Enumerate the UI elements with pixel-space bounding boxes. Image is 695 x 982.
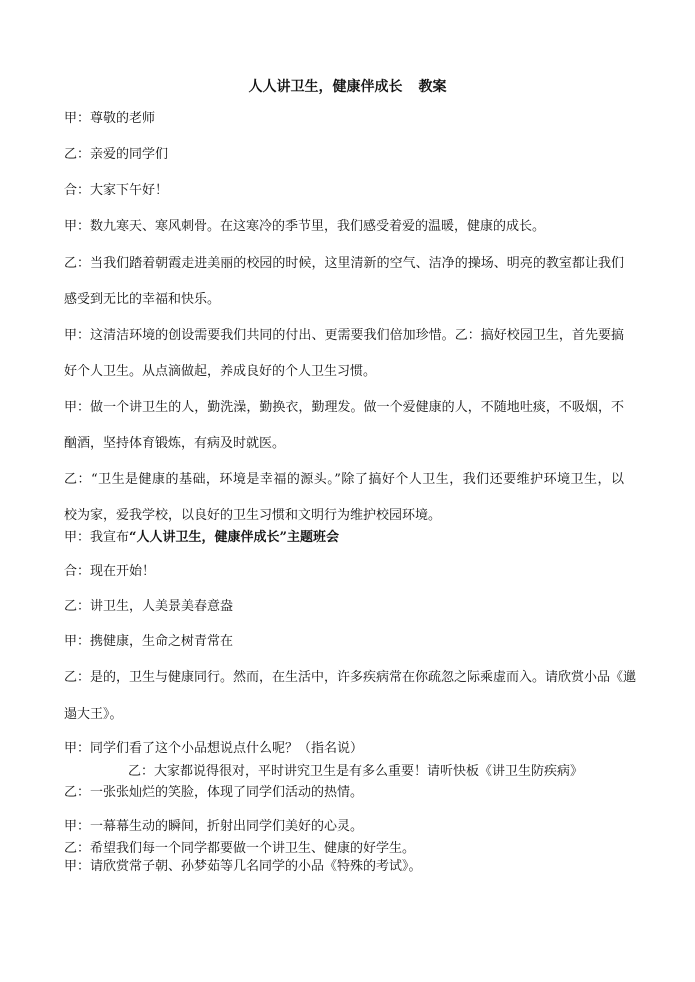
dialogue-line: 甲：一幕幕生动的瞬间，折射出同学们美好的心灵。 (64, 819, 363, 835)
dialogue-line: 甲：这清洁环境的创设需要我们共同的付出、更需要我们倍加珍惜。乙：搞好校园卫生，首… (64, 328, 624, 344)
dialogue-line: 乙：是的，卫生与健康同行。然而，在生活中，许多疾病常在你疏忽之际乘虚而入。请欣赏… (64, 670, 624, 686)
dialogue-line-indented: 乙：大家都说得很对，平时讲究卫生是有多么重要！请听快板《讲卫生防疾病》 (128, 764, 583, 780)
dialogue-line: 甲：携健康，生命之树青常在 (64, 634, 233, 650)
dialogue-line: 甲：数九寒天、寒风刺骨。在这寒冷的季节里，我们感受着爱的温暖，健康的成长。 (64, 219, 545, 235)
dialogue-line-continued: 校为家，爱我学校，以良好的卫生习惯和文明行为维护校园环境。 (64, 508, 441, 524)
dialogue-line: 乙：一张张灿烂的笑脸，体现了同学们活动的热情。 (64, 785, 363, 801)
title-suffix: 教案 (419, 79, 447, 95)
dialogue-line-continued: 酗酒，坚持体育锻炼，有病及时就医。 (64, 436, 285, 452)
dialogue-line: 乙：希望我们每一个同学都要做一个讲卫生、健康的好学生。 (64, 841, 415, 857)
announce-prefix: 甲：我宣布 (64, 530, 129, 545)
dialogue-line: 合：大家下午好！ (64, 183, 168, 199)
title-main: 人人讲卫生，健康伴成长 (249, 79, 403, 95)
document-title: 人人讲卫生，健康伴成长教案 (0, 78, 695, 96)
dialogue-line-continued: 遢大王》。 (64, 707, 123, 723)
dialogue-line-continued: 感受到无比的幸福和快乐。 (64, 292, 220, 308)
dialogue-line: 乙：当我们踏着朝霞走进美丽的校园的时候，这里清新的空气、洁净的操场、明亮的教室都… (64, 256, 624, 272)
dialogue-line: 甲：做一个讲卫生的人，勤洗澡，勤换衣，勤理发。做一个爱健康的人，不随地吐痰，不吸… (64, 400, 624, 416)
dialogue-line: 甲：同学们看了这个小品想说点什么呢？（指名说） (64, 741, 363, 757)
dialogue-line: 甲：请欣赏常子朝、孙梦茹等几名同学的小品《特殊的考试》。 (64, 859, 422, 875)
dialogue-line-announcement: 甲：我宣布“人人讲卫生，健康伴成长”主题班会 (64, 530, 339, 546)
dialogue-line-continued: 好个人卫生。从点滴做起，养成良好的个人卫生习惯。 (64, 364, 376, 380)
dialogue-line: 乙：亲爱的同学们 (64, 147, 168, 163)
dialogue-line: 乙：讲卫生，人美景美春意盎 (64, 599, 233, 615)
dialogue-line: 乙：“卫生是健康的基础，环境是幸福的源头。”除了搞好个人卫生，我们还要维护环境卫… (64, 472, 624, 488)
dialogue-line: 甲：尊敬的老师 (64, 111, 155, 127)
announce-theme: “人人讲卫生，健康伴成长”主题班会 (129, 530, 339, 545)
dialogue-line: 合：现在开始！ (64, 564, 155, 580)
